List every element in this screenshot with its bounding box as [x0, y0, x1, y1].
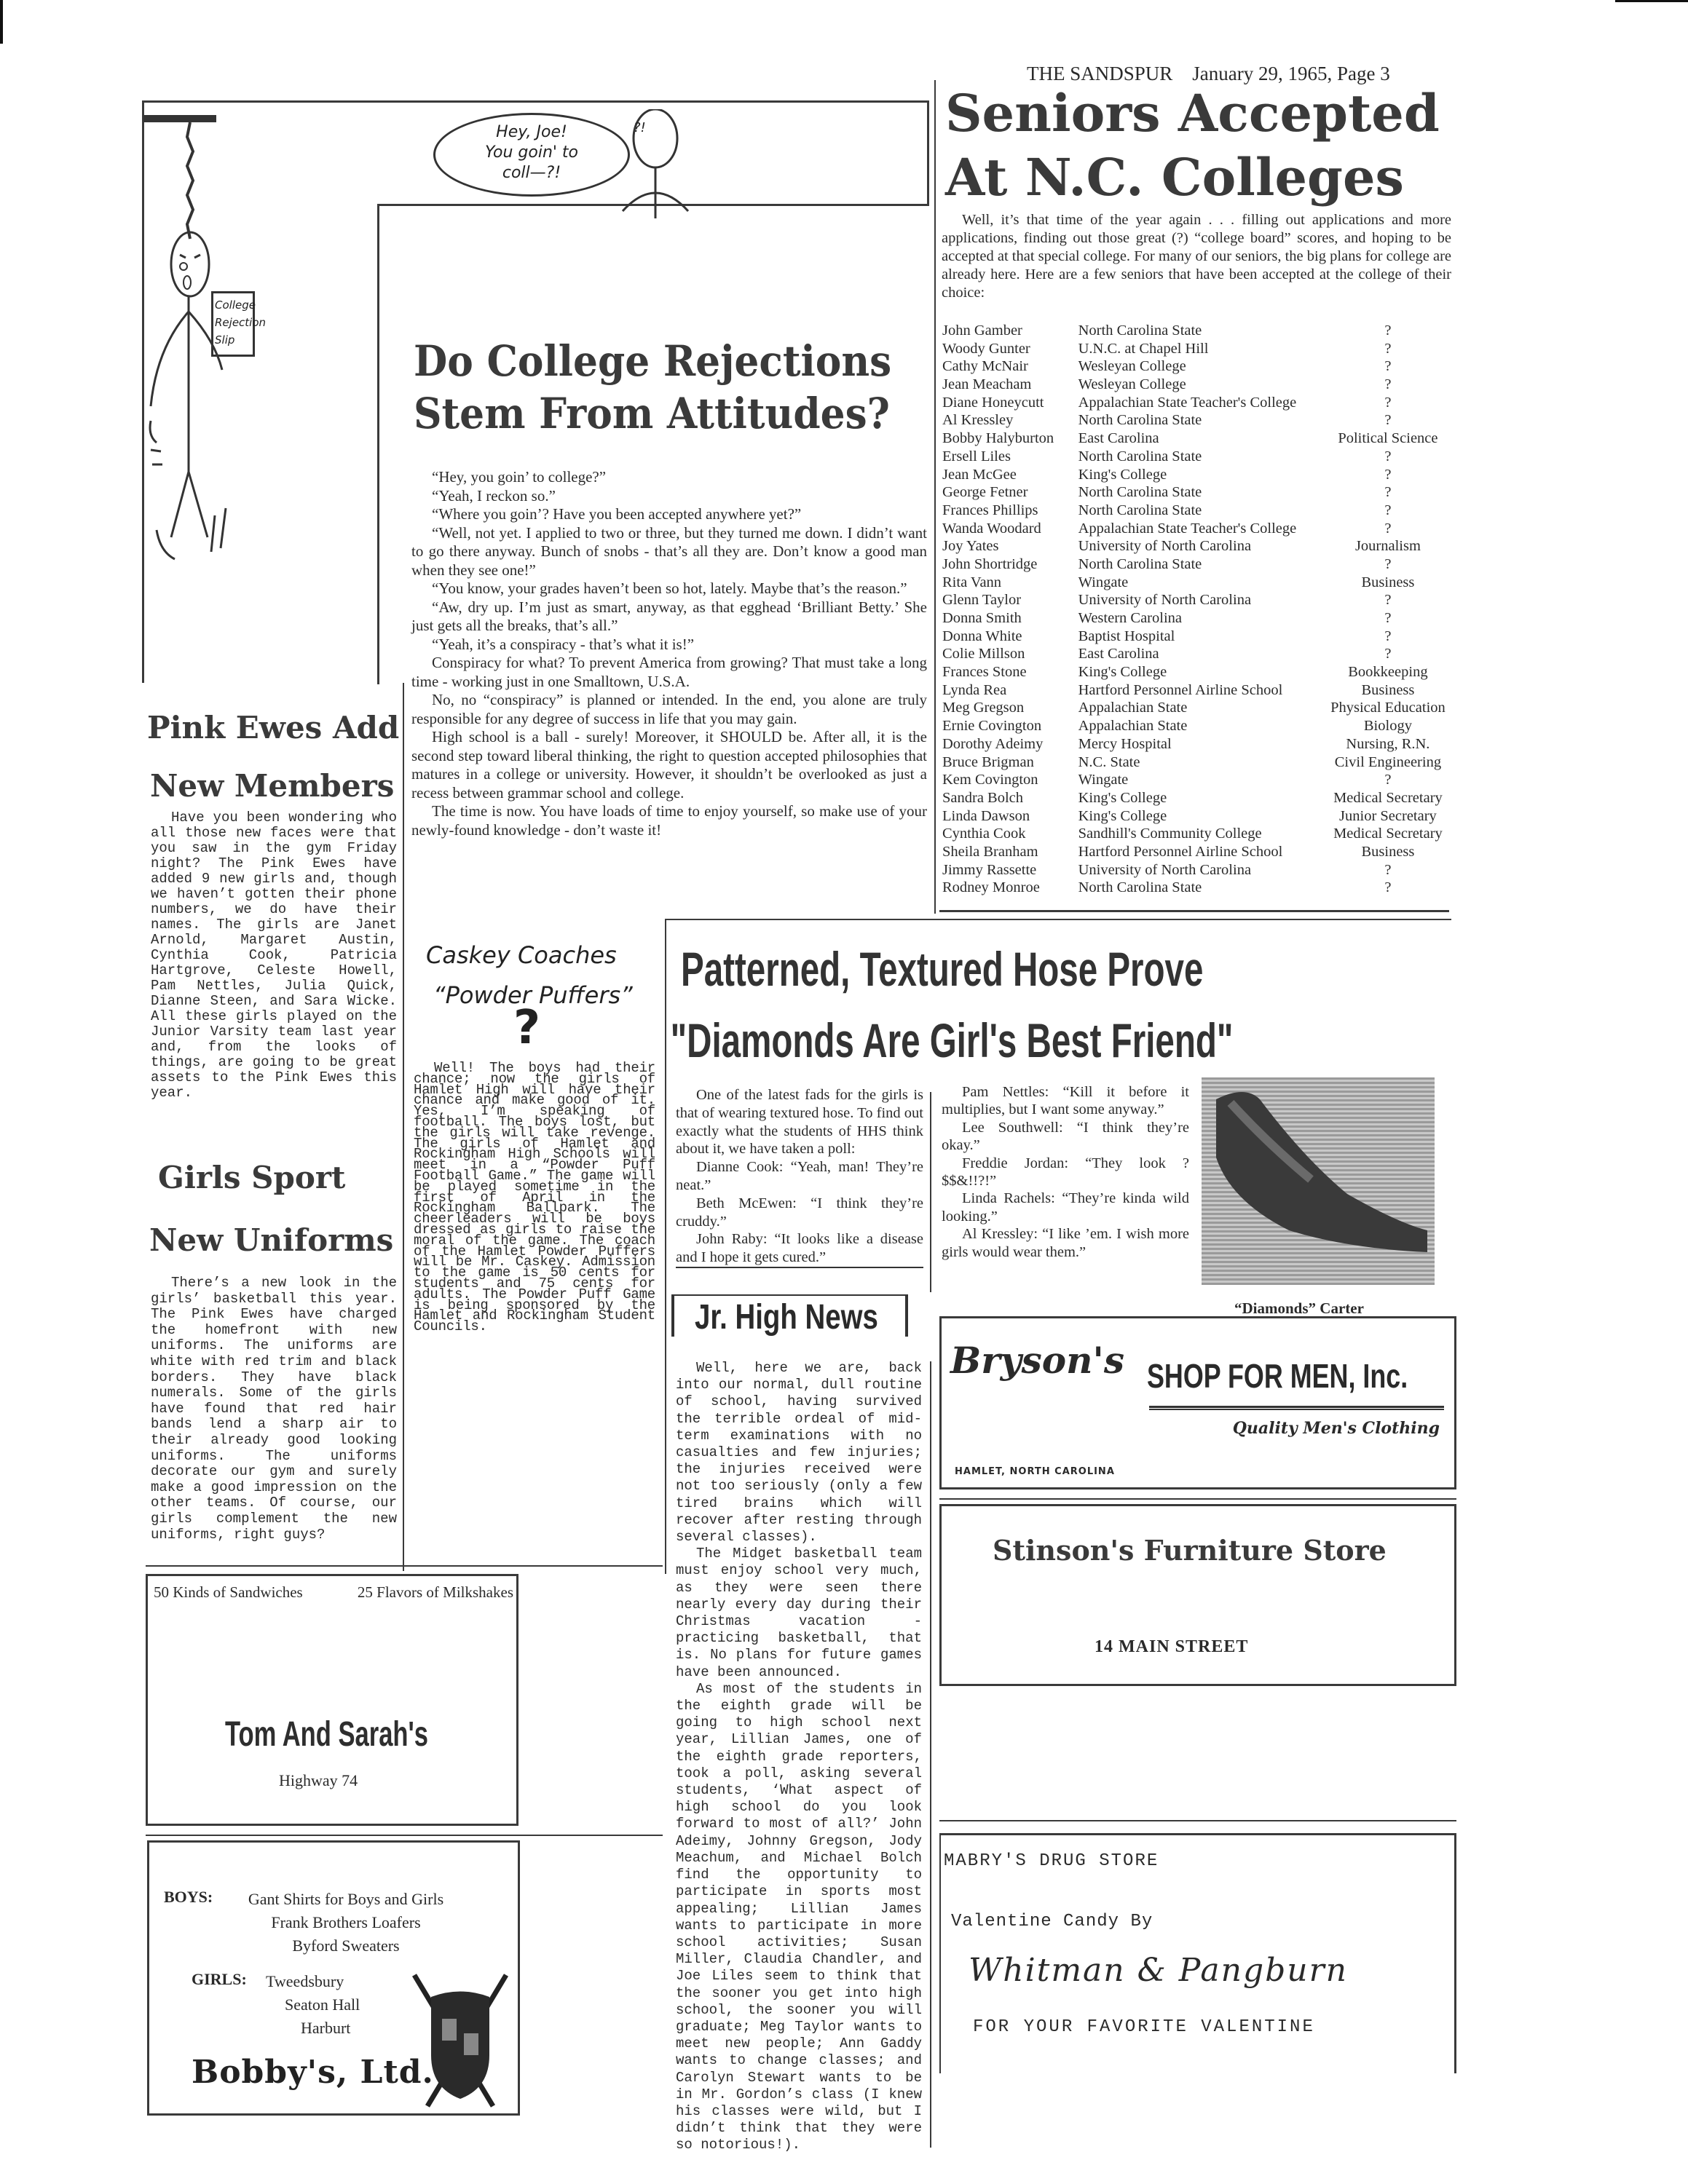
boys-items: Gant Shirts for Boys and Girls Frank Bro…	[237, 1888, 455, 1958]
hose-headline: Patterned, Textured Hose Prove "Diamonds…	[681, 933, 1233, 1076]
paragraph: Have you been wondering who all those ne…	[151, 810, 397, 1101]
senior-name: Meg Gregson	[942, 700, 1078, 718]
uniforms-headline-line1: Girls Sport	[149, 1147, 404, 1209]
thought-marks: ?!	[634, 120, 646, 135]
hose-top-rule	[665, 919, 1451, 920]
senior-name: Lynda Rea	[942, 682, 1078, 700]
boys-item: Frank Brothers Loafers	[237, 1911, 455, 1934]
paragraph: Well! The boys had their chance; now the…	[414, 1063, 655, 1332]
college-name: Baptist Hospital	[1078, 628, 1317, 646]
brysons-shop-name: SHOP FOR MEN, Inc.	[1147, 1356, 1408, 1396]
paragraph: “Hey, you goin’ to college?”	[411, 468, 927, 487]
scan-corner-mark	[0, 0, 3, 44]
intended-major: ?	[1317, 521, 1459, 539]
hose-left-rule	[665, 919, 666, 1574]
ad-separator	[939, 1498, 1456, 1500]
intended-major: ?	[1317, 412, 1459, 430]
photo-caption: “Diamonds” Carter	[1234, 1299, 1364, 1318]
college-name: North Carolina State	[1078, 484, 1317, 502]
caskey-headline: Caskey Coaches “Powder Puffers”	[426, 935, 659, 1016]
college-name: Western Carolina	[1078, 610, 1317, 628]
intended-major: ?	[1317, 484, 1459, 502]
seniors-headline: Seniors Accepted At N.C. Colleges	[945, 82, 1470, 210]
senior-name: Jean McGee	[942, 467, 1078, 485]
senior-name: George Fetner	[942, 484, 1078, 502]
speech-bubble-line: Hey, Joe!	[450, 122, 613, 143]
table-row: Dorothy AdeimyMercy HospitalNursing, R.N…	[942, 736, 1459, 754]
college-name: Appalachian State	[1078, 700, 1317, 718]
senior-name: Ernie Covington	[942, 718, 1078, 736]
brysons-location: HAMLET, NORTH CAROLINA	[955, 1466, 1115, 1477]
bobbys-name: Bobby's, Ltd.	[192, 2054, 434, 2091]
senior-name: Bruce Brigman	[942, 754, 1078, 772]
intended-major: Journalism	[1317, 538, 1459, 556]
intended-major: ?	[1317, 592, 1459, 610]
table-row: Cynthia CookSandhill's Community College…	[942, 826, 1459, 844]
ad-tag-sandwiches: 50 Kinds of Sandwiches	[154, 1583, 303, 1602]
paragraph: “Aw, dry up. I’m just as smart, anyway, …	[411, 598, 927, 636]
table-row: Jean McGeeKing's College?	[942, 467, 1459, 485]
rejections-headline-line2: Stem From Attitudes?	[414, 387, 896, 440]
senior-name: Woody Gunter	[942, 341, 1078, 359]
table-row: Bobby HalyburtonEast CarolinaPolitical S…	[942, 430, 1459, 448]
senior-name: Frances Phillips	[942, 502, 1078, 521]
pink-ewes-headline-line1: Pink Ewes Add	[147, 699, 402, 757]
college-name: Appalachian State	[1078, 718, 1317, 736]
paragraph: The time is now. You have loads of time …	[411, 802, 927, 839]
senior-name: Dorothy Adeimy	[942, 736, 1078, 754]
college-name: East Carolina	[1078, 430, 1317, 448]
caskey-body: Well! The boys had their chance; now the…	[414, 1063, 655, 1332]
paragraph: Freddie Jordan: “They look ?$$&!!?!”	[942, 1155, 1189, 1190]
senior-name: Jimmy Rassette	[942, 862, 1078, 880]
seniors-headline-line2: At N.C. Colleges	[945, 146, 1470, 210]
column-rule	[934, 80, 936, 914]
table-row: Wanda WoodardAppalachian State Teacher's…	[942, 521, 1459, 539]
intended-major: Physical Education	[1317, 700, 1459, 718]
senior-name: Joy Yates	[942, 538, 1078, 556]
table-row: Bruce BrigmanN.C. StateCivil Engineering	[942, 754, 1459, 772]
intended-major: ?	[1317, 376, 1459, 395]
paragraph: Lee Southwell: “I think they’re okay.”	[942, 1119, 1189, 1155]
college-name: University of North Carolina	[1078, 592, 1317, 610]
paragraph: “You know, your grades haven’t been so h…	[411, 579, 927, 598]
mabrys-line2: FOR YOUR FAVORITE VALENTINE	[973, 2017, 1315, 2037]
mabrys-brand: Whitman & Pangburn	[969, 1952, 1348, 1989]
paragraph: There’s a new look in the girls’ basketb…	[151, 1275, 397, 1543]
college-name: Hartford Personnel Airline School	[1078, 682, 1317, 700]
college-name: North Carolina State	[1078, 879, 1317, 898]
shoe-leg-icon	[1202, 1077, 1435, 1285]
ad-separator	[939, 1820, 1456, 1821]
paragraph: The Midget basketball team must enjoy sc…	[676, 1546, 922, 1681]
senior-name: Rita Vann	[942, 574, 1078, 593]
stinsons-address: 14 MAIN STREET	[1095, 1637, 1248, 1657]
hose-col1: One of the latest fads for the girls is …	[676, 1086, 923, 1268]
seniors-intro: Well, it’s that time of the year again .…	[942, 211, 1451, 302]
rejection-slip-line: College	[215, 296, 251, 314]
ad-mabrys: MABRY'S DRUG STORE Valentine Candy By Wh…	[939, 1833, 1456, 2073]
rejection-slip-line: Slip	[215, 331, 251, 349]
table-row: Woody GunterU.N.C. at Chapel Hill?	[942, 341, 1459, 359]
ad-brysons: Bryson's SHOP FOR MEN, Inc. Quality Men'…	[939, 1316, 1456, 1489]
rejection-slip-line: Rejection	[215, 314, 251, 331]
uniforms-headline: Girls Sport New Uniforms	[149, 1147, 404, 1272]
crest-swords-icon	[406, 1968, 515, 2113]
senior-name: Glenn Taylor	[942, 592, 1078, 610]
intended-major: ?	[1317, 610, 1459, 628]
table-row: Rodney MonroeNorth Carolina State?	[942, 879, 1459, 898]
table-row: Frances PhillipsNorth Carolina State?	[942, 502, 1459, 521]
table-row: Colie MillsonEast Carolina?	[942, 646, 1459, 664]
college-name: East Carolina	[1078, 646, 1317, 664]
college-name: King's College	[1078, 790, 1317, 808]
college-name: North Carolina State	[1078, 502, 1317, 521]
college-name: University of North Carolina	[1078, 538, 1317, 556]
speech-bubble: Hey, Joe! You goin' to coll—?!	[433, 113, 630, 197]
table-row: Meg GregsonAppalachian StatePhysical Edu…	[942, 700, 1459, 718]
ad-tag-milkshakes: 25 Flavors of Milkshakes	[358, 1583, 513, 1602]
college-name: Wesleyan College	[1078, 376, 1317, 395]
senior-name: Frances Stone	[942, 664, 1078, 682]
paragraph: Linda Rachels: “They’re kinda wild looki…	[942, 1190, 1189, 1225]
ad-stinsons: Stinson's Furniture Store 14 MAIN STREET	[939, 1504, 1456, 1686]
college-name: North Carolina State	[1078, 323, 1317, 341]
mabrys-line1: Valentine Candy By	[951, 1912, 1153, 1931]
intended-major: Medical Secretary	[1317, 826, 1459, 844]
brysons-tagline: Quality Men's Clothing	[1233, 1419, 1440, 1438]
intended-major: ?	[1317, 467, 1459, 485]
acceptance-table: John GamberNorth Carolina State?Woody Gu…	[942, 323, 1459, 898]
uniforms-headline-line2: New Uniforms	[149, 1209, 404, 1272]
senior-name: Diane Honeycutt	[942, 395, 1078, 413]
intended-major: Biology	[1317, 718, 1459, 736]
senior-name: Sheila Branham	[942, 844, 1078, 862]
table-row: Donna WhiteBaptist Hospital?	[942, 628, 1459, 646]
college-name: N.C. State	[1078, 754, 1317, 772]
college-name: Mercy Hospital	[1078, 736, 1317, 754]
college-name: King's College	[1078, 664, 1317, 682]
hose-col2: Pam Nettles: “Kill it before it multipli…	[942, 1083, 1189, 1261]
intended-major: Medical Secretary	[1317, 790, 1459, 808]
table-row: Cathy McNairWesleyan College?	[942, 358, 1459, 376]
senior-name: Linda Dawson	[942, 808, 1078, 826]
college-name: Wesleyan College	[1078, 358, 1317, 376]
scan-edge-mark	[1615, 0, 1688, 2]
caskey-headline-line1: Caskey Coaches	[426, 935, 659, 976]
intended-major: Nursing, R.N.	[1317, 736, 1459, 754]
speech-bubble-line: You goin' to	[450, 143, 613, 163]
intended-major: Political Science	[1317, 430, 1459, 448]
college-name: North Carolina State	[1078, 412, 1317, 430]
paragraph: John Raby: “It looks like a disease and …	[676, 1230, 923, 1268]
intended-major: Business	[1317, 574, 1459, 593]
intended-major: Junior Secretary	[1317, 808, 1459, 826]
ad-bobbys-ltd: BOYS: Gant Shirts for Boys and Girls Fra…	[147, 1840, 520, 2116]
paragraph: High school is a ball - surely! Moreover…	[411, 728, 927, 802]
senior-name: Cynthia Cook	[942, 826, 1078, 844]
boys-item: Byford Sweaters	[237, 1934, 455, 1958]
table-row: Glenn TaylorUniversity of North Carolina…	[942, 592, 1459, 610]
senior-name: Rodney Monroe	[942, 879, 1078, 898]
senior-name: John Gamber	[942, 323, 1078, 341]
table-row: Ersell LilesNorth Carolina State?	[942, 448, 1459, 467]
stinsons-name: Stinson's Furniture Store	[993, 1534, 1387, 1567]
pink-ewes-headline: Pink Ewes Add New Members	[147, 699, 402, 815]
table-row: Kem CovingtonWingate?	[942, 772, 1459, 790]
table-row: John ShortridgeNorth Carolina State?	[942, 556, 1459, 574]
caskey-headline-line2: “Powder Puffers”	[426, 976, 659, 1016]
rejections-headline: Do College Rejections Stem From Attitude…	[414, 335, 938, 440]
intended-major: ?	[1317, 628, 1459, 646]
left-column-rule	[403, 683, 404, 1571]
paragraph: As most of the students in the eighth gr…	[676, 1681, 922, 2154]
table-row: Al KressleyNorth Carolina State?	[942, 412, 1459, 430]
ad-separator	[146, 1835, 663, 1836]
seniors-bottom-rule	[939, 910, 1449, 912]
intended-major: Business	[1317, 682, 1459, 700]
college-name: North Carolina State	[1078, 556, 1317, 574]
senior-name: Kem Covington	[942, 772, 1078, 790]
table-row: Donna SmithWestern Carolina?	[942, 610, 1459, 628]
intended-major: ?	[1317, 323, 1459, 341]
intended-major: ?	[1317, 448, 1459, 467]
jr-high-right-rule	[930, 1361, 931, 2148]
college-name: North Carolina State	[1078, 448, 1317, 467]
cartoon-frame-right	[927, 100, 929, 206]
paragraph: Conspiracy for what? To prevent America …	[411, 654, 927, 691]
girls-item: Harburt	[266, 2017, 360, 2040]
intended-major: ?	[1317, 646, 1459, 664]
intended-major: ?	[1317, 341, 1459, 359]
intended-major: ?	[1317, 556, 1459, 574]
speech-bubble-line: coll—?!	[450, 163, 613, 183]
intended-major: Business	[1317, 844, 1459, 862]
paragraph: Al Kressley: “I like ’em. I wish more gi…	[942, 1225, 1189, 1261]
table-row: Jean MeachamWesleyan College?	[942, 376, 1459, 395]
rejection-slip-sign: College Rejection Slip	[211, 291, 255, 357]
paragraph: “Yeah, it’s a conspiracy - that’s what i…	[411, 636, 927, 654]
table-row: Ernie CovingtonAppalachian StateBiology	[942, 718, 1459, 736]
paragraph: “Where you goin’? Have you been accepted…	[411, 505, 927, 524]
intended-major: ?	[1317, 502, 1459, 521]
pink-ewes-body: Have you been wondering who all those ne…	[151, 810, 397, 1101]
uniforms-body: There’s a new look in the girls’ basketb…	[151, 1275, 397, 1543]
paragraph: Well, here we are, back into our normal,…	[676, 1360, 922, 1546]
intended-major: Bookkeeping	[1317, 664, 1459, 682]
jr-high-body: Well, here we are, back into our normal,…	[676, 1360, 922, 2154]
paragraph: One of the latest fads for the girls is …	[676, 1086, 923, 1158]
college-name: King's College	[1078, 467, 1317, 485]
girls-items: Tweedsbury Seaton Hall Harburt	[266, 1970, 360, 2040]
college-name: University of North Carolina	[1078, 862, 1317, 880]
paragraph: Pam Nettles: “Kill it before it multipli…	[942, 1083, 1189, 1119]
senior-name: Al Kressley	[942, 412, 1078, 430]
talking-stick-figure-icon	[612, 109, 699, 218]
jr-high-headline-box: Jr. High News	[671, 1294, 908, 1337]
paragraph: “Well, not yet. I applied to two or thre…	[411, 524, 927, 580]
intended-major: ?	[1317, 879, 1459, 898]
seniors-headline-line1: Seniors Accepted	[945, 82, 1470, 146]
table-row: Lynda ReaHartford Personnel Airline Scho…	[942, 682, 1459, 700]
brysons-underline	[1149, 1406, 1444, 1410]
senior-name: Bobby Halyburton	[942, 430, 1078, 448]
hose-headline-line2: "Diamonds Are Girl's Best Friend"	[671, 1005, 1234, 1076]
senior-name: Colie Millson	[942, 646, 1078, 664]
college-name: U.N.C. at Chapel Hill	[1078, 341, 1317, 359]
college-name: Appalachian State Teacher's College	[1078, 395, 1317, 413]
college-name: Hartford Personnel Airline School	[1078, 844, 1317, 862]
paragraph: No, no “conspiracy” is planned or intend…	[411, 691, 927, 728]
pink-ewes-headline-line2: New Members	[147, 757, 402, 815]
question-mark-icon: ?	[513, 1001, 540, 1055]
girls-label: GIRLS:	[192, 1970, 247, 1989]
table-row: Sheila BranhamHartford Personnel Airline…	[942, 844, 1459, 862]
girls-item: Seaton Hall	[266, 1993, 360, 2017]
senior-name: Donna Smith	[942, 610, 1078, 628]
table-row: Jimmy RassetteUniversity of North Caroli…	[942, 862, 1459, 880]
jr-high-headline: Jr. High News	[695, 1297, 878, 1337]
college-name: Wingate	[1078, 574, 1317, 593]
boys-item: Gant Shirts for Boys and Girls	[237, 1888, 455, 1911]
college-name: King's College	[1078, 808, 1317, 826]
ad-tom-and-sarahs: 50 Kinds of Sandwiches 25 Flavors of Mil…	[146, 1574, 518, 1826]
brysons-script-name: Bryson's	[950, 1339, 1124, 1382]
senior-name: Wanda Woodard	[942, 521, 1078, 539]
ad-tom-sarah-name: Tom And Sarah's	[225, 1714, 428, 1754]
rejections-headline-line1: Do College Rejections	[414, 335, 896, 387]
hose-col-rule	[930, 1092, 931, 1292]
rejections-body: “Hey, you goin’ to college?” “Yeah, I re…	[411, 468, 927, 839]
table-row: Diane HoneycuttAppalachian State Teacher…	[942, 395, 1459, 413]
senior-name: Cathy McNair	[942, 358, 1078, 376]
senior-name: Sandra Bolch	[942, 790, 1078, 808]
paragraph: Dianne Cook: “Yeah, man! They’re neat.”	[676, 1158, 923, 1195]
college-name: Wingate	[1078, 772, 1317, 790]
table-row: Joy YatesUniversity of North CarolinaJou…	[942, 538, 1459, 556]
hanging-stick-figure-icon	[142, 100, 382, 683]
senior-name: John Shortridge	[942, 556, 1078, 574]
hose-photo	[1202, 1077, 1435, 1285]
mabrys-name: MABRY'S DRUG STORE	[944, 1851, 1159, 1871]
senior-name: Ersell Liles	[942, 448, 1078, 467]
table-row: Linda DawsonKing's CollegeJunior Secreta…	[942, 808, 1459, 826]
paragraph: Beth McEwen: “I think they’re cruddy.”	[676, 1195, 923, 1231]
college-name: Appalachian State Teacher's College	[1078, 521, 1317, 539]
intended-major: ?	[1317, 358, 1459, 376]
table-row: George FetnerNorth Carolina State?	[942, 484, 1459, 502]
table-row: John GamberNorth Carolina State?	[942, 323, 1459, 341]
senior-name: Jean Meacham	[942, 376, 1078, 395]
boys-label: BOYS:	[164, 1888, 213, 1907]
intended-major: Civil Engineering	[1317, 754, 1459, 772]
ad-separator	[146, 1565, 663, 1567]
table-row: Rita VannWingateBusiness	[942, 574, 1459, 593]
intended-major: ?	[1317, 862, 1459, 880]
college-name: Sandhill's Community College	[1078, 826, 1317, 844]
girls-item: Tweedsbury	[266, 1970, 360, 1993]
paragraph: “Yeah, I reckon so.”	[411, 487, 927, 506]
intended-major: ?	[1317, 395, 1459, 413]
ad-tom-sarah-address: Highway 74	[279, 1771, 358, 1790]
intended-major: ?	[1317, 772, 1459, 790]
table-row: Sandra BolchKing's CollegeMedical Secret…	[942, 790, 1459, 808]
table-row: Frances StoneKing's CollegeBookkeeping	[942, 664, 1459, 682]
hose-headline-line1: Patterned, Textured Hose Prove	[681, 933, 1233, 1005]
senior-name: Donna White	[942, 628, 1078, 646]
